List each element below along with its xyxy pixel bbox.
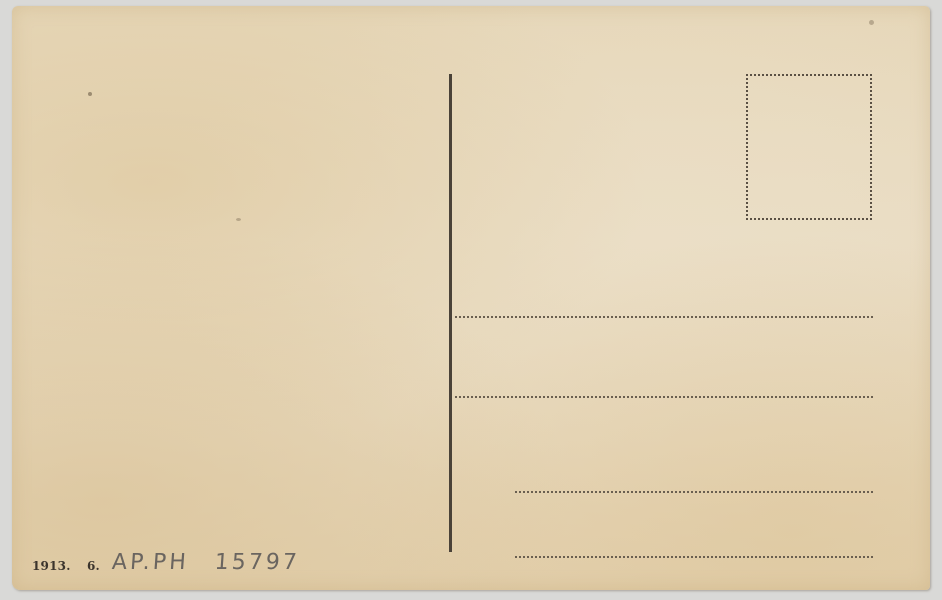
printed-catalog-mark: 1913. 6. — [32, 559, 100, 573]
address-line-2 — [455, 396, 873, 398]
printed-year: 1913. — [32, 559, 71, 573]
handwritten-reference: AP.PH 15797 — [111, 550, 300, 575]
address-line-3 — [515, 491, 873, 493]
postcard-back — [12, 6, 930, 590]
handwritten-prefix: AP.PH — [111, 550, 189, 575]
message-address-divider — [449, 74, 452, 552]
paper-speck — [88, 92, 92, 96]
paper-speck — [236, 218, 241, 221]
printed-number: 6. — [87, 559, 100, 573]
address-line-1 — [455, 316, 873, 318]
stamp-placeholder-box — [746, 74, 872, 220]
paper-speck — [869, 20, 874, 25]
handwritten-number: 15797 — [214, 550, 301, 575]
address-line-4 — [515, 556, 873, 558]
